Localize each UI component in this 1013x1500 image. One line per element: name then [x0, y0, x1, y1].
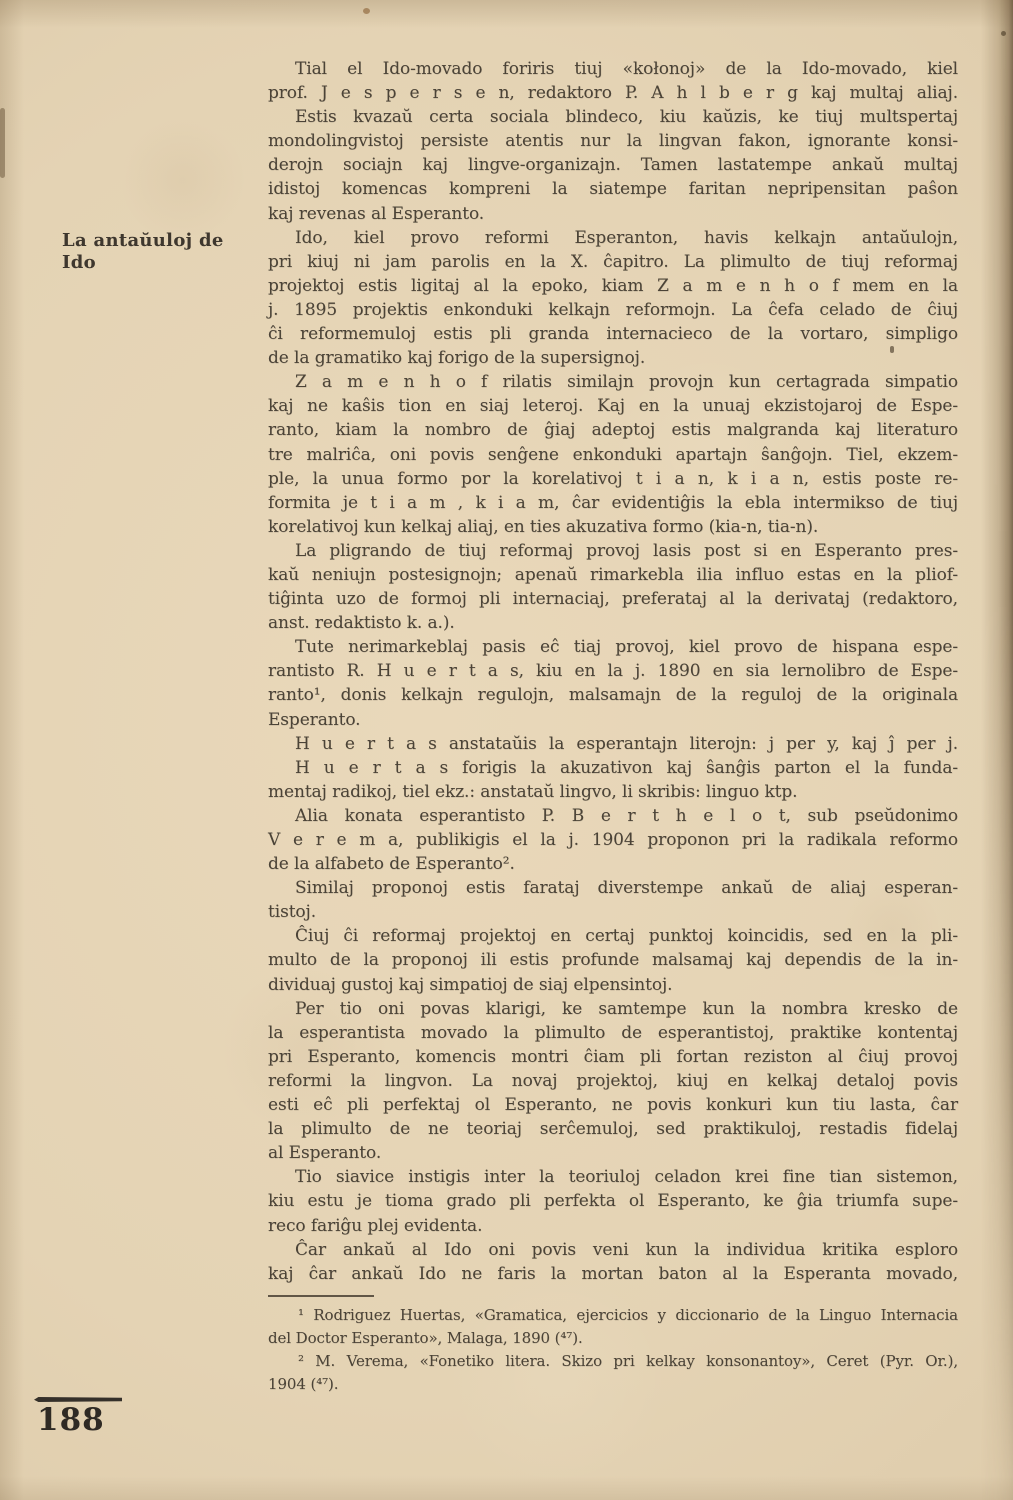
paragraph: H u e r t a s forigis la akuzativon kaj … — [268, 756, 958, 804]
text-line: Esperanto. — [268, 708, 958, 732]
paragraph: La pligrando de tiuj reformaj provoj las… — [268, 539, 958, 635]
text-line: kaŭ neniujn postesignojn; apenaŭ rimarke… — [268, 563, 958, 587]
text-line: mentaj radikoj, tiel ekz.: anstataŭ ling… — [268, 780, 958, 804]
text-line: Estis kvazaŭ certa sociala blindeco, kiu… — [268, 105, 958, 129]
text-line: tre malriĉa, oni povis senĝene enkonduki… — [268, 443, 958, 467]
page-number: 188 — [37, 1402, 105, 1438]
paragraph: Estis kvazaŭ certa sociala blindeco, kiu… — [268, 105, 958, 225]
text-line: korelativoj kun kelkaj aliaj, en ties ak… — [268, 515, 958, 539]
text-line: Tio siavice instigis inter la teoriuloj … — [268, 1165, 958, 1189]
page-edge-shadow-right — [981, 0, 1013, 1500]
text-line: tiĝinta uzo de formoj pli internaciaj, p… — [268, 587, 958, 611]
page-edge-shadow-top — [0, 0, 1013, 28]
text-line: al Esperanto. — [268, 1141, 958, 1165]
text-line: de la gramatiko kaj forigo de la supersi… — [268, 346, 958, 370]
text-line: esti eĉ pli perfektaj ol Esperanto, ne p… — [268, 1093, 958, 1117]
text-line: reco fariĝu plej evidenta. — [268, 1214, 958, 1238]
text-line: Z a m e n h o f rilatis similajn provojn… — [268, 370, 958, 394]
text-line: projektoj estis ligitaj al la epoko, kia… — [268, 274, 958, 298]
footnotes-list: ¹ Rodriguez Huertas, «Gramatica, ejercic… — [268, 1304, 958, 1397]
text-line: Ĉar ankaŭ al Ido oni povis veni kun la i… — [268, 1238, 958, 1262]
paragraph: ² M. Verema, «Fonetiko litera. Skizo pri… — [268, 1350, 958, 1396]
text-line: del Doctor Esperanto», Malaga, 1890 (⁴⁷)… — [268, 1327, 958, 1350]
text-line: Alia konata esperantisto P. B e r t h e … — [268, 804, 958, 828]
text-line: Ido, kiel provo reformi Esperanton, havi… — [268, 226, 958, 250]
paragraph: Per tio oni povas klarigi, ke samtempe k… — [268, 997, 958, 1166]
paragraph: Alia konata esperantisto P. B e r t h e … — [268, 804, 958, 876]
paragraph: Z a m e n h o f rilatis similajn provojn… — [268, 370, 958, 539]
body-text: Tial el Ido-movado foriris tiuj «kołonoj… — [268, 57, 958, 1397]
text-line: dividuaj gustoj kaj simpatioj de siaj el… — [268, 973, 958, 997]
footnote-rule — [268, 1295, 374, 1297]
margin-note: La antaŭuloj de Ido — [62, 230, 262, 274]
footnote-section: ¹ Rodriguez Huertas, «Gramatica, ejercic… — [268, 1295, 958, 1397]
paragraph: Ĉar ankaŭ al Ido oni povis veni kun la i… — [268, 1238, 958, 1286]
text-line: anst. redaktisto k. a.). — [268, 611, 958, 635]
text-line: reformi la lingvon. La novaj projektoj, … — [268, 1069, 958, 1093]
paragraph: H u e r t a s anstataŭis la esperantajn … — [268, 732, 958, 756]
text-line: tistoj. — [268, 900, 958, 924]
text-line: ¹ Rodriguez Huertas, «Gramatica, ejercic… — [268, 1304, 958, 1327]
text-line: H u e r t a s forigis la akuzativon kaj … — [268, 756, 958, 780]
paragraph: Ido, kiel provo reformi Esperanton, havi… — [268, 226, 958, 371]
text-line: ² M. Verema, «Fonetiko litera. Skizo pri… — [268, 1350, 958, 1373]
text-line: ranto¹, donis kelkajn regulojn, malsamaj… — [268, 683, 958, 707]
paragraph: Tute nerimarkeblaj pasis eĉ tiaj provoj,… — [268, 635, 958, 731]
text-line: V e r e m a, publikigis el la j. 1904 pr… — [268, 828, 958, 852]
text-line: Similaj proponoj estis farataj diverstem… — [268, 876, 958, 900]
text-line: prof. J e s p e r s e n, redaktoro P. A … — [268, 81, 958, 105]
text-line: rantisto R. H u e r t a s, kiu en la j. … — [268, 659, 958, 683]
text-line: ranto, kiam la nombro de ĝiaj adeptoj es… — [268, 418, 958, 442]
text-line: la plimulto de ne teoriaj serĉemuloj, se… — [268, 1117, 958, 1141]
text-line: Per tio oni povas klarigi, ke samtempe k… — [268, 997, 958, 1021]
text-line: H u e r t a s anstataŭis la esperantajn … — [268, 732, 958, 756]
text-line: 1904 (⁴⁷). — [268, 1373, 958, 1396]
text-line: de la alfabeto de Esperanto². — [268, 852, 958, 876]
text-line: pri Esperanto, komencis montri ĉiam pli … — [268, 1045, 958, 1069]
text-line: multo de la proponoj ili estis profunde … — [268, 948, 958, 972]
text-line: La pligrando de tiuj reformaj provoj las… — [268, 539, 958, 563]
text-line: derojn sociajn kaj lingve-organizajn. Ta… — [268, 153, 958, 177]
book-page: La antaŭuloj de Ido Tial el Ido-movado f… — [0, 0, 1013, 1500]
text-line: ĉi reformemuloj estis pli granda interna… — [268, 322, 958, 346]
paragraph: ¹ Rodriguez Huertas, «Gramatica, ejercic… — [268, 1304, 958, 1350]
paragraph: Tial el Ido-movado foriris tiuj «kołonoj… — [268, 57, 958, 105]
text-line: kaj ne kaŝis tion en siaj leteroj. Kaj e… — [268, 394, 958, 418]
text-line: Tute nerimarkeblaj pasis eĉ tiaj provoj,… — [268, 635, 958, 659]
text-line: pri kiuj ni jam parolis en la X. ĉapitro… — [268, 250, 958, 274]
text-line: kaj ĉar ankaŭ Ido ne faris la mortan bat… — [268, 1262, 958, 1286]
paragraph: Similaj proponoj estis farataj diverstem… — [268, 876, 958, 924]
text-line: Ĉiuj ĉi reformaj projektoj en certaj pun… — [268, 924, 958, 948]
page-edge-shadow-bottom — [0, 1476, 1013, 1500]
text-line: formita je t i a m , k i a m, ĉar eviden… — [268, 491, 958, 515]
paragraph: Tio siavice instigis inter la teoriuloj … — [268, 1165, 958, 1237]
text-line: ple, la unua formo por la korelativoj t … — [268, 467, 958, 491]
text-line: j. 1895 projektis enkonduki kelkajn refo… — [268, 298, 958, 322]
paragraph: Ĉiuj ĉi reformaj projektoj en certaj pun… — [268, 924, 958, 996]
text-line: kaj revenas al Esperanto. — [268, 202, 958, 226]
text-line: idistoj komencas kompreni la siatempe fa… — [268, 177, 958, 201]
page-edge-shadow-left — [0, 0, 24, 1500]
text-line: mondolingvistoj persiste atentis nur la … — [268, 129, 958, 153]
text-line: Tial el Ido-movado foriris tiuj «kołonoj… — [268, 57, 958, 81]
text-line: la esperantista movado la plimulto de es… — [268, 1021, 958, 1045]
text-line: kiu estu je tioma grado pli perfekta ol … — [268, 1189, 958, 1213]
